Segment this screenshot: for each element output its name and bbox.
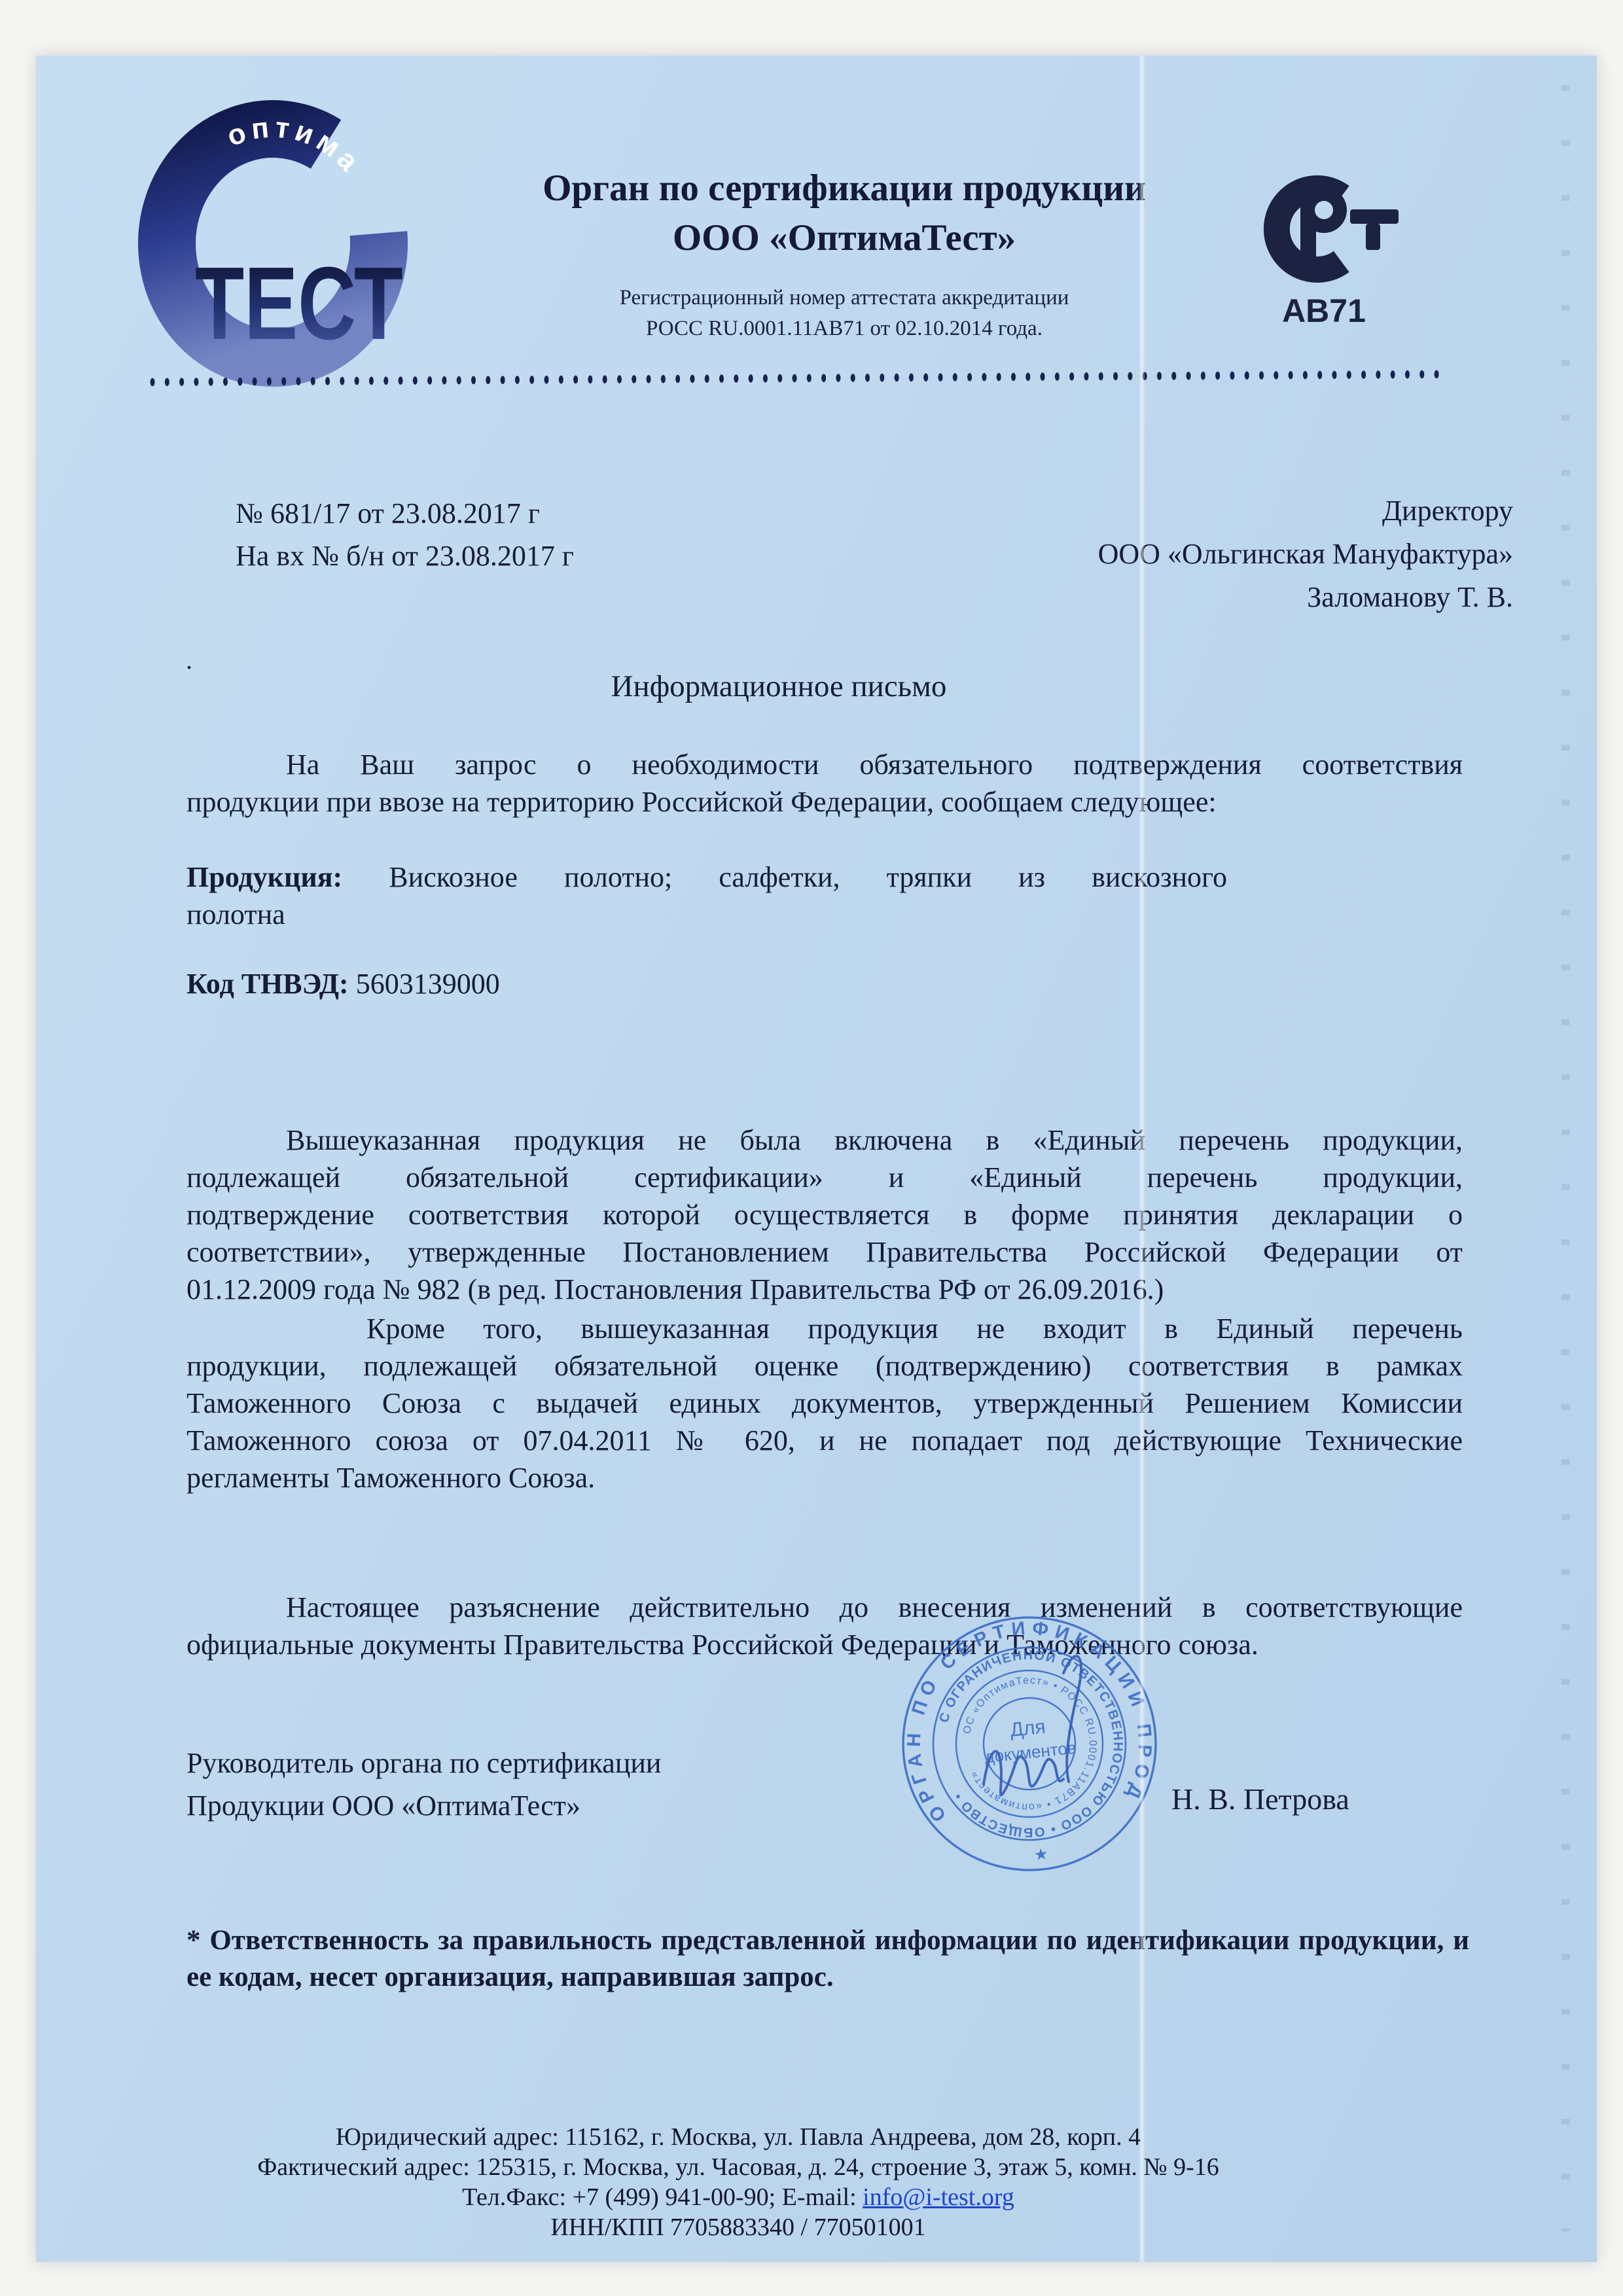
certification-stamp: ОРГАН ПО СЕРТИФИКАЦИИ ПРОДУКЦИИ С ОГРАНИ…: [899, 1613, 1160, 1875]
product-label: Продукция:: [187, 861, 342, 893]
phone-fax-label: Тел.Факс: +7 (499) 941-00-90; E-mail:: [462, 2183, 863, 2211]
text-line: продукции, подлежащей обязательной оценк…: [187, 1347, 1463, 1385]
text-line: Таможенного Союза с выдачей единых докум…: [187, 1385, 1463, 1422]
text-line: На Ваш запрос о необходимости обязательн…: [187, 746, 1463, 783]
tnved-value: 5603139000: [356, 968, 500, 1000]
text-line: * Ответственность за правильность предст…: [187, 1922, 1469, 1959]
rst-code-label: АВ71: [1282, 292, 1366, 329]
text-line: регламенты Таможенного Союза.: [187, 1459, 1463, 1496]
actual-address: Фактический адрес: 125315, г. Москва, ул…: [131, 2152, 1346, 2182]
responsibility-footnote: * Ответственность за правильность предст…: [187, 1922, 1469, 1996]
outgoing-number: № 681/17 от 23.08.2017 г: [236, 492, 540, 535]
letter-title: Информационное письмо: [187, 669, 1371, 704]
stamp-bottom-star: ★: [1033, 1845, 1049, 1864]
intro-paragraph: На Ваш запрос о необходимости обязательн…: [187, 746, 1463, 821]
text-line: Вышеуказанная продукция не была включена…: [187, 1122, 1463, 1159]
scan-crease: [1139, 56, 1145, 2262]
text-line: продукции при ввозе на территорию Россий…: [187, 783, 1463, 821]
rst-certification-mark: АВ71: [1239, 157, 1409, 334]
text-line: Таможенного союза от 07.04.2011 № 620, и…: [187, 1422, 1463, 1459]
accreditation-reg-line2: РОСС RU.0001.11АВ71 от 02.10.2014 года.: [458, 313, 1230, 344]
text-line: подтверждение соответствия которой осуще…: [187, 1196, 1463, 1233]
addressee-position: Директору: [859, 489, 1513, 533]
addressee-person: Заломанову Т. В.: [859, 576, 1513, 619]
body-paragraph-2: Кроме того, вышеуказанная продукция не в…: [187, 1310, 1463, 1496]
org-title-line1: Орган по сертификации продукции: [458, 164, 1230, 213]
product-section: Продукция: Вискозное полотно; салфетки, …: [187, 858, 1227, 933]
text-line: 01.12.2009 года № 982 (в ред. Постановле…: [187, 1271, 1463, 1308]
tnved-section: Код ТНВЭД: 5603139000: [187, 967, 500, 1000]
addressee-block: Директору ООО «Ольгинская Мануфактура» З…: [859, 489, 1513, 619]
optima-test-logo: оптима ТЕСТ: [134, 98, 416, 399]
contacts-line: Тел.Факс: +7 (499) 941-00-90; E-mail: in…: [131, 2182, 1346, 2212]
tnved-label: Код ТНВЭД:: [187, 968, 349, 1000]
signatory-name: Н. В. Петрова: [1171, 1782, 1349, 1816]
text-line: Настоящее разъяснение действительно до в…: [187, 1589, 1463, 1626]
signatory-role-line2: Продукции ООО «ОптимаТест»: [187, 1784, 580, 1827]
text-line: соответствии», утвержденные Постановлени…: [187, 1233, 1463, 1271]
product-value-line2: полотна: [187, 896, 1227, 933]
legal-address: Юридический адрес: 115162, г. Москва, ул…: [131, 2122, 1346, 2152]
scan-edge-artifacts: [1561, 85, 1570, 2231]
text-line: подлежащей обязательной сертификации» и …: [187, 1159, 1463, 1196]
inn-kpp-line: ИНН/КПП 7705883340 / 770501001: [131, 2212, 1346, 2242]
signatory-role-line1: Руководитель органа по сертификации: [187, 1742, 661, 1784]
email-link[interactable]: info@i-test.org: [863, 2183, 1014, 2211]
accreditation-reg-line1: Регистрационный номер аттестата аккредит…: [458, 283, 1230, 313]
body-paragraph-1: Вышеуказанная продукция не была включена…: [187, 1122, 1463, 1308]
product-value-line1: Вискозное полотно; салфетки, тряпки из в…: [389, 861, 1227, 893]
validity-paragraph: Настоящее разъяснение действительно до в…: [187, 1589, 1463, 1663]
text-line: Продукция: Вискозное полотно; салфетки, …: [187, 858, 1227, 896]
text-line: официальные документы Правительства Росс…: [187, 1626, 1463, 1663]
incoming-number: На вх № б/н от 23.08.2017 г: [236, 535, 574, 577]
text-line: Кроме того, вышеуказанная продукция не в…: [187, 1310, 1463, 1347]
org-title-line2: ООО «ОптимаТест»: [458, 213, 1230, 263]
text-line: ее кодам, несет организация, направившая…: [187, 1959, 1469, 1996]
scanned-letter: оптима ТЕСТ Орган по сертификации продук…: [0, 0, 1623, 2296]
addressee-company: ООО «Ольгинская Мануфактура»: [859, 533, 1513, 576]
stamp-center-line1: Для: [1009, 1716, 1046, 1740]
rst-mark-glyph: [1277, 187, 1399, 270]
logo-main-text: ТЕСТ: [195, 246, 403, 361]
footer-block: Юридический адрес: 115162, г. Москва, ул…: [131, 2122, 1346, 2242]
